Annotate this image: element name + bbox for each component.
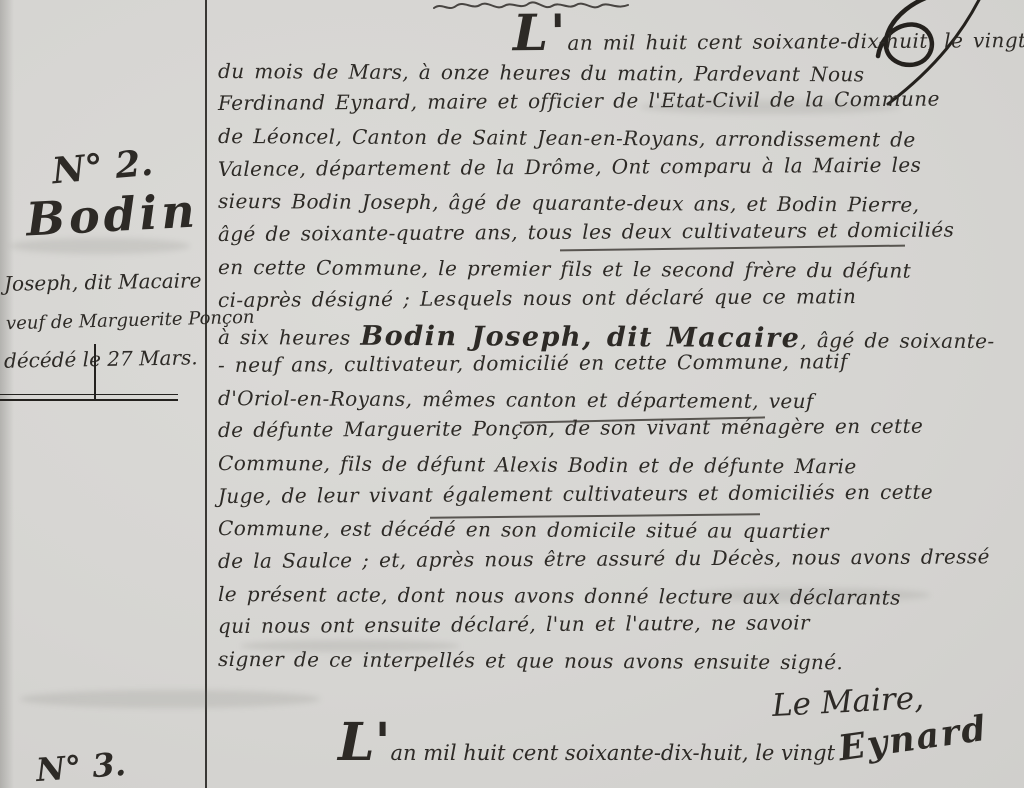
margin-separator-tick [94,344,96,400]
margin-act-number: N° 2. [50,142,154,193]
act-line: de la Saulce ; et, après nous être assur… [218,544,1018,582]
act-line: signer de ce interpellés et que nous avo… [218,647,1018,684]
bleedthrough-smudge [20,690,320,708]
register-page: N° 2. Bodin Joseph, dit Macaire veuf de … [0,0,1024,788]
margin-death-date: décédé le 27 Mars. [4,345,198,372]
margin-rule-line [205,0,207,788]
next-act-opening-line: L'an mil huit cent soixante-dix-huit, le… [338,736,835,765]
act-body: L'an mil huit cent soixante-dix-huit, le… [218,26,1018,680]
margin-surname: Bodin [25,184,200,247]
act-line: qui nous ont ensuite déclaré, l'un et l'… [218,609,1018,647]
act-line: - neuf ans, cultivateur, domicilié en ce… [218,348,1018,386]
margin-given-names: Joseph, dit Macaire [4,268,202,295]
margin-separator-rule [0,394,178,401]
margin-next-act-number: N° 3. [35,745,127,788]
act-line: Ferdinand Eynard, maire et officier de l… [218,86,1018,124]
act-line: Valence, département de la Drôme, Ont co… [218,152,1018,190]
act-line: Juge, de leur vivant également cultivate… [218,479,1018,517]
act-line: L'an mil huit cent soixante-dix-huit, le… [218,21,1018,59]
act-line: ci-après désigné ; Lesquels nous ont déc… [218,283,1018,321]
deceased-name-prefix: à six heures [218,325,361,350]
closing-le-maire: Le Maire, [771,680,925,724]
